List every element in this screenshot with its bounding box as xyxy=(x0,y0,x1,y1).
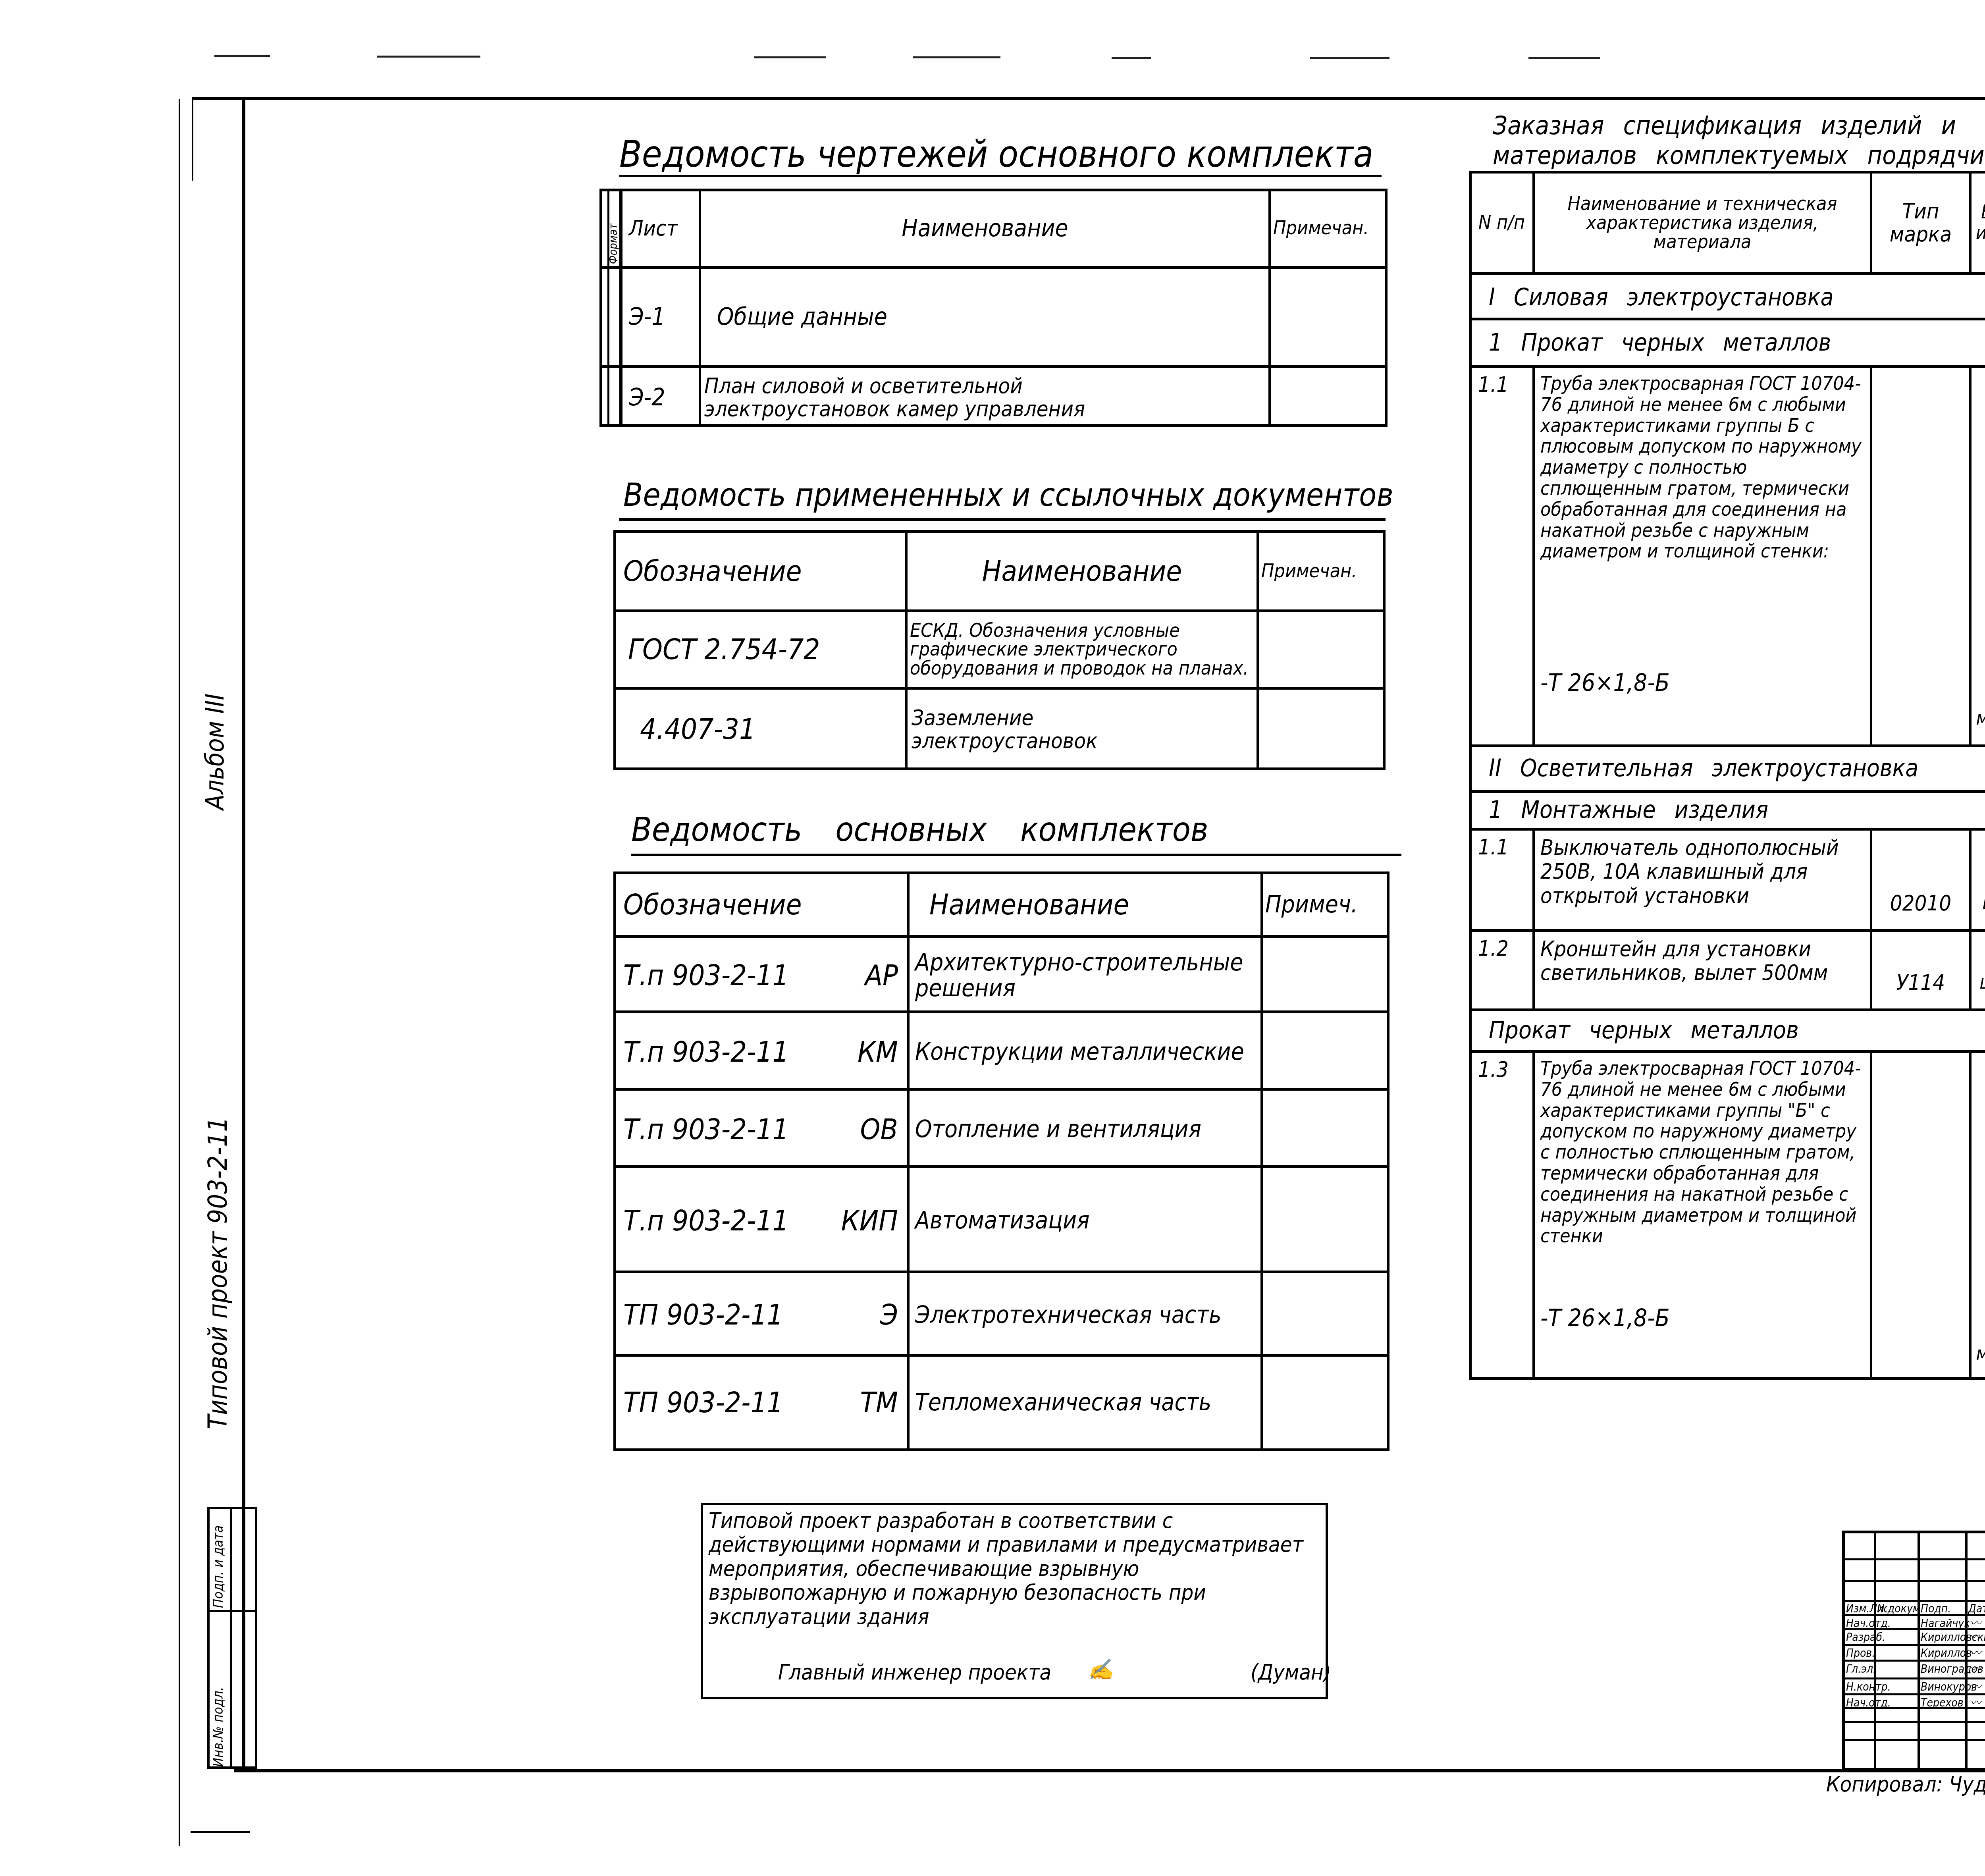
header-note: Примечан. xyxy=(1271,191,1386,266)
spec-item-num: 1.3 xyxy=(1471,1058,1532,1090)
trim-line-bottom xyxy=(191,1831,250,1833)
spec-item-name: Кронштейн для установки светильников, вы… xyxy=(1540,937,1866,985)
trim-line-left xyxy=(179,99,180,1846)
album-label: Альбом III xyxy=(200,694,230,810)
signature-name: (Думан) xyxy=(1251,1660,1331,1685)
spec-header-num: N п/п xyxy=(1471,174,1532,272)
set-code: ОВ xyxy=(826,1091,905,1167)
col-line xyxy=(1969,365,1972,744)
signer-signature: 〰 xyxy=(1969,1662,1985,1677)
signer-role: Гл.эл. xyxy=(1845,1662,1917,1677)
spec-item-unit: шт xyxy=(1972,881,1985,925)
scan-mark xyxy=(377,56,480,58)
header-sheet: Лист xyxy=(622,191,699,266)
row-line xyxy=(1469,1050,1985,1053)
row-line xyxy=(613,687,1386,690)
drawing-sheet: Э-2 xyxy=(622,368,699,427)
referenced-docs-title-underline xyxy=(619,518,1386,521)
set-name: Автоматизация xyxy=(910,1169,1260,1273)
note-text: Типовой проект разработан в соответствии… xyxy=(709,1509,1312,1629)
spec-section-header: II Осветительная электроустановка xyxy=(1473,747,1985,790)
signer-header-date: Дата xyxy=(1968,1602,1985,1616)
scan-mark xyxy=(754,56,826,58)
set-designation: ТП 903-2-11 xyxy=(616,1357,838,1448)
set-designation: Т.п 903-2-11 xyxy=(616,1091,838,1167)
referenced-docs-title: Ведомость примененных и ссылочных докуме… xyxy=(623,476,1393,513)
row-line xyxy=(1842,1739,1985,1741)
set-designation: Т.п 903-2-11 xyxy=(616,1014,838,1090)
scan-mark xyxy=(913,56,1000,58)
copied-by: Копировал: Чуданова xyxy=(1826,1772,1985,1797)
set-name: Электротехническая часть xyxy=(910,1274,1260,1356)
header-format: Формат xyxy=(607,224,620,264)
doc-name: Заземление электроустановок xyxy=(908,690,1146,769)
scan-mark xyxy=(1528,57,1600,59)
set-code: КМ xyxy=(826,1014,905,1090)
drawing-name: Общие данные xyxy=(701,269,1269,365)
frame-top xyxy=(193,97,1985,100)
drawings-list-title-underline xyxy=(619,175,1382,177)
spec-title-line1: Заказная спецификация изделий и xyxy=(1493,111,1956,141)
spec-item-type: У114 xyxy=(1872,961,1969,1005)
header-name: Наименование xyxy=(910,874,1260,935)
set-designation: Т.п 903-2-11 xyxy=(616,939,838,1012)
set-code: АР xyxy=(826,939,905,1012)
margin-stamp-inv: Инв.№ подл. xyxy=(210,1687,226,1767)
row-line xyxy=(1469,929,1985,932)
main-sets-title-underline xyxy=(631,854,1401,856)
spec-item-name: Выключатель однополюсный 250В, 10А клави… xyxy=(1540,836,1866,908)
spec-header-type: Тип марка xyxy=(1872,174,1969,272)
signer-role: Пров. xyxy=(1845,1646,1917,1661)
col-line xyxy=(1532,828,1535,929)
main-sets-title: Ведомость основных комплектов xyxy=(631,810,1208,849)
signer-signature: 〰 xyxy=(1969,1616,1985,1631)
signer-signature: 〰 xyxy=(1969,1679,1985,1695)
signer-signature: 〰 xyxy=(1969,1630,1985,1645)
margin-stamp-sign-date: Подп. и дата xyxy=(210,1525,226,1608)
header-name: Наименование xyxy=(908,533,1257,609)
spec-title-line2: материалов комплектуемых подрядчиком xyxy=(1493,141,1985,170)
col-line xyxy=(1870,365,1872,744)
set-designation: ТП 903-2-11 xyxy=(616,1274,838,1356)
frame-bottom xyxy=(234,1769,1985,1772)
signature-mark: ✍ xyxy=(1088,1658,1114,1682)
row-line xyxy=(599,266,1388,269)
col-line xyxy=(1532,929,1535,1008)
signer-role: Нач.отд. xyxy=(1845,1695,1917,1710)
spec-item-unit: м/кг xyxy=(1972,1332,1985,1376)
spec-item-designation: -Т 26×1,8-Б xyxy=(1540,1304,1670,1332)
col-line xyxy=(1532,1050,1535,1380)
row-line xyxy=(1842,1558,1985,1560)
doc-designation: 4.407-31 xyxy=(616,690,905,769)
spec-group-header: Прокат черных металлов xyxy=(1473,1011,1985,1050)
doc-name: ЕСКД. Обозначения условные графические э… xyxy=(908,612,1257,687)
spec-item-unit: шт. xyxy=(1972,961,1985,1005)
drawing-name: План силовой и осветительной электроуста… xyxy=(701,368,1217,427)
set-designation: Т.п 903-2-11 xyxy=(616,1169,838,1273)
scan-mark xyxy=(1112,57,1151,59)
spec-item-type xyxy=(1872,697,1969,740)
signer-role: Н.контр. xyxy=(1845,1679,1917,1695)
spec-item-type xyxy=(1872,1332,1969,1376)
col-line xyxy=(1532,365,1535,744)
row-line xyxy=(1842,1580,1985,1582)
col-line xyxy=(1969,1050,1972,1380)
spec-section-header: I Силовая электроустановка xyxy=(1473,277,1985,318)
drawing-sheet: Э-1 xyxy=(622,269,699,365)
set-code: ТМ xyxy=(826,1357,905,1448)
scan-mark xyxy=(214,55,270,57)
margin-stamp-divider xyxy=(230,1507,232,1769)
doc-designation: ГОСТ 2.754-72 xyxy=(616,612,905,687)
header-note: Примечан. xyxy=(1259,533,1384,609)
signer-role: Разраб. xyxy=(1845,1630,1917,1645)
header-designation: Обозначение xyxy=(616,874,907,935)
margin-stamp-divider xyxy=(207,1610,257,1612)
spec-group-header: 1 Монтажные изделия xyxy=(1473,792,1985,828)
set-name: Тепломеханическая часть xyxy=(910,1357,1260,1448)
set-code: Э xyxy=(826,1274,905,1356)
spec-group-header: 1 Прокат черных металлов xyxy=(1473,320,1985,365)
header-designation: Обозначение xyxy=(616,533,905,609)
spec-item-num: 1.1 xyxy=(1471,373,1532,405)
col-line xyxy=(1260,871,1263,1451)
row-line xyxy=(599,365,1388,368)
signature-label: Главный инженер проекта xyxy=(778,1660,1051,1685)
set-code: КИП xyxy=(826,1169,905,1273)
row-line xyxy=(1469,365,1985,368)
signer-signature: 〰 xyxy=(1969,1646,1985,1661)
row-line xyxy=(1842,1721,1985,1723)
project-label: Типовой проект 903-2-11 xyxy=(202,1117,233,1429)
spec-item-name: Труба электросварная ГОСТ 10704-76 длино… xyxy=(1540,1058,1866,1247)
spec-item-num: 1.2 xyxy=(1471,937,1532,969)
row-line xyxy=(1469,272,1985,275)
spec-item-unit: м/кг xyxy=(1972,697,1985,740)
header-name: Наименование xyxy=(701,191,1269,266)
frame-left-stub xyxy=(192,97,193,181)
spec-header-name: Наименование и техническая характеристик… xyxy=(1535,174,1870,272)
drawings-list-title: Ведомость чертежей основного комплекта xyxy=(619,133,1373,175)
header-note: Примеч. xyxy=(1263,874,1388,935)
row-line xyxy=(613,935,1389,938)
set-name: Архитектурно-строительные решения xyxy=(910,939,1260,1012)
set-name: Отопление и вентиляция xyxy=(910,1091,1260,1167)
scan-mark xyxy=(1310,57,1389,59)
signer-signature: 〰 xyxy=(1969,1695,1985,1710)
signer-role: Нач.отд. xyxy=(1845,1616,1917,1631)
spec-header-unit: Ед. изм. xyxy=(1972,174,1985,272)
row-line xyxy=(613,609,1386,612)
set-name: Конструкции металлические xyxy=(910,1014,1260,1090)
col-line xyxy=(1870,1050,1872,1380)
spec-item-type: 02010 xyxy=(1872,881,1969,925)
spec-item-name: Труба электросварная ГОСТ 10704-76 длино… xyxy=(1540,373,1866,562)
spec-item-num: 1.1 xyxy=(1471,836,1532,868)
row-line xyxy=(1469,828,1985,831)
spec-item-designation: -Т 26×1,8-Б xyxy=(1540,669,1670,697)
